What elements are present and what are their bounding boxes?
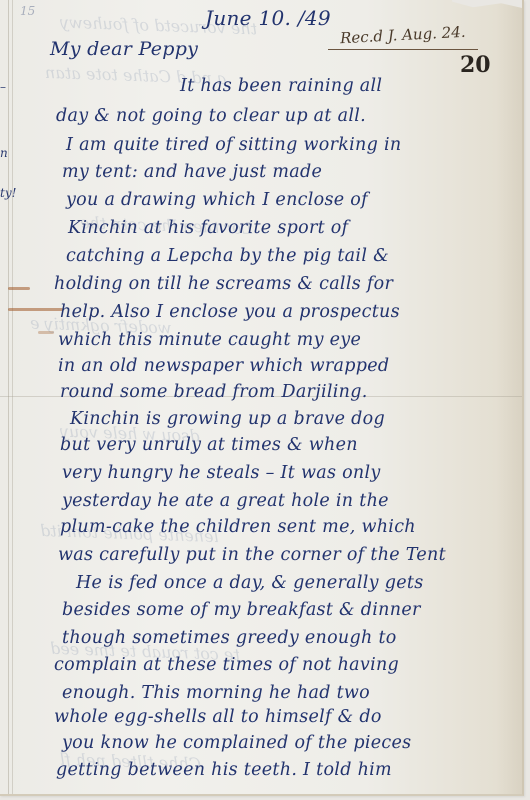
letter-line: complain at these times of not having <box>54 655 399 675</box>
page-number-stamp: 20 <box>460 52 491 78</box>
letter-line: plum-cake the children sent me, which <box>60 517 416 537</box>
annotation-underline <box>328 49 478 50</box>
letter-line: enough. This morning he had two <box>62 683 370 703</box>
letter-line: Kinchin is growing up a brave dog <box>70 409 385 429</box>
torn-corner <box>452 0 522 8</box>
paper-fold-vertical <box>8 0 9 794</box>
letter-line: you know he complained of the pieces <box>62 733 411 753</box>
letter-date: June 10. /49 <box>205 6 331 30</box>
letter-line: Kinchin at his favorite sport of <box>68 218 348 238</box>
margin-mark: n <box>0 146 8 160</box>
letter-line: whole egg-shells all to himself & do <box>54 707 382 727</box>
letter-line: very hungry he steals – It was only <box>62 463 381 483</box>
letter-line: He is fed once a day, & generally gets <box>76 573 424 593</box>
letter-line: though sometimes greedy enough to <box>62 628 397 648</box>
letter-line: my tent: and have just made <box>62 162 322 182</box>
letter-line: day & not going to clear up at all. <box>56 106 366 126</box>
letter-line: help. Also I enclose you a prospectus <box>60 302 400 322</box>
letter-line: getting between his teeth. I told him <box>56 760 392 780</box>
rust-stain <box>8 287 30 290</box>
letter-line: round some bread from Darjiling. <box>60 382 368 402</box>
letter-line: yesterday he ate a great hole in the <box>62 491 389 511</box>
letter-page: the vorucetd of fouhewy a nd d Cathe tot… <box>0 0 524 796</box>
margin-mark: – <box>0 80 6 94</box>
letter-line: I am quite tired of sitting working in <box>66 135 401 155</box>
letter-line: holding on till he screams & calls for <box>54 274 393 294</box>
letter-line: besides some of my breakfast & dinner <box>62 600 421 620</box>
letter-line: in an old newspaper which wrapped <box>58 356 389 376</box>
letter-line: catching a Lepcha by the pig tail & <box>66 246 389 266</box>
rust-stain <box>8 308 63 311</box>
salutation: My dear Peppy <box>50 38 198 60</box>
letter-line: but very unruly at times & when <box>60 435 358 455</box>
margin-mark: 15 <box>20 4 35 18</box>
received-annotation: Rec.d J. Aug. 24. <box>340 23 466 48</box>
margin-mark: ty! <box>0 186 16 200</box>
letter-line: It has been raining all <box>180 76 382 96</box>
margin-rule <box>12 0 13 794</box>
letter-line: which this minute caught my eye <box>58 330 361 350</box>
letter-line: was carefully put in the corner of the T… <box>58 545 446 565</box>
letter-line: you a drawing which I enclose of <box>66 190 368 210</box>
